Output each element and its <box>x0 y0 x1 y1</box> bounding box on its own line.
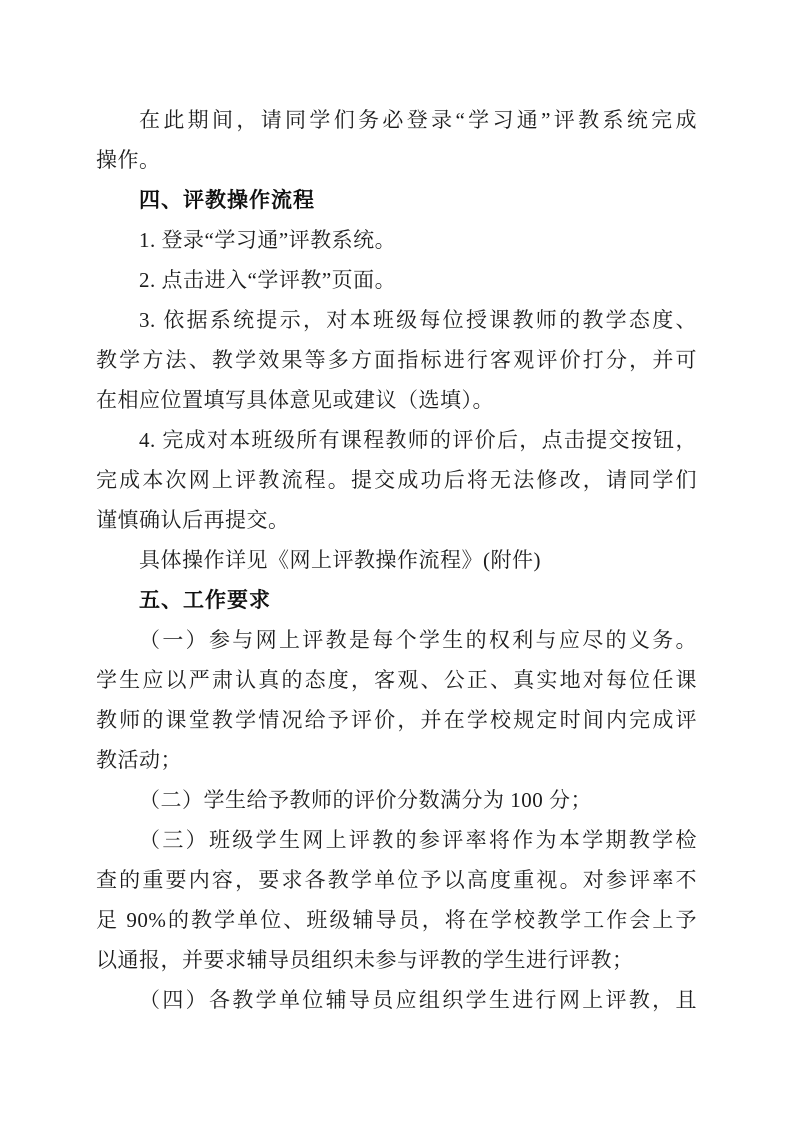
document-body: 在此期间，请同学们务必登录“学习通”评教系统完成操作。四、评教操作流程1. 登录… <box>96 100 697 1020</box>
text-line: 2. 点击进入“学评教”页面。 <box>96 260 697 300</box>
text-line: 在相应位置填写具体意见或建议（选填）。 <box>96 380 697 420</box>
text-line: 查的重要内容，要求各教学单位予以高度重视。对参评率不 <box>96 860 697 900</box>
text-line: 具体操作详见《网上评教操作流程》(附件) <box>96 540 697 580</box>
text-line: 操作。 <box>96 140 697 180</box>
section-heading: 五、工作要求 <box>96 580 697 620</box>
text-line: 教师的课堂教学情况给予评价，并在学校规定时间内完成评 <box>96 700 697 740</box>
text-line: 3. 依据系统提示，对本班级每位授课教师的教学态度、 <box>96 300 697 340</box>
section-heading: 四、评教操作流程 <box>96 180 697 220</box>
text-line: 学生应以严肃认真的态度，客观、公正、真实地对每位任课 <box>96 660 697 700</box>
text-line: 谨慎确认后再提交。 <box>96 500 697 540</box>
text-line: 以通报，并要求辅导员组织未参与评教的学生进行评教； <box>96 940 697 980</box>
text-line: （二）学生给予教师的评价分数满分为 100 分； <box>96 780 697 820</box>
text-line: 教学方法、教学效果等多方面指标进行客观评价打分，并可 <box>96 340 697 380</box>
text-line: 教活动； <box>96 740 697 780</box>
text-line: 1. 登录“学习通”评教系统。 <box>96 220 697 260</box>
text-line: （三）班级学生网上评教的参评率将作为本学期教学检 <box>96 820 697 860</box>
text-line: 完成本次网上评教流程。提交成功后将无法修改，请同学们 <box>96 460 697 500</box>
text-line: 足 90%的教学单位、班级辅导员，将在学校教学工作会上予 <box>96 900 697 940</box>
text-line: 4. 完成对本班级所有课程教师的评价后，点击提交按钮， <box>96 420 697 460</box>
text-line: （四）各教学单位辅导员应组织学生进行网上评教，且 <box>96 980 697 1020</box>
text-line: （一）参与网上评教是每个学生的权利与应尽的义务。 <box>96 620 697 660</box>
text-line: 在此期间，请同学们务必登录“学习通”评教系统完成 <box>96 100 697 140</box>
document-page: 在此期间，请同学们务必登录“学习通”评教系统完成操作。四、评教操作流程1. 登录… <box>0 0 793 1122</box>
